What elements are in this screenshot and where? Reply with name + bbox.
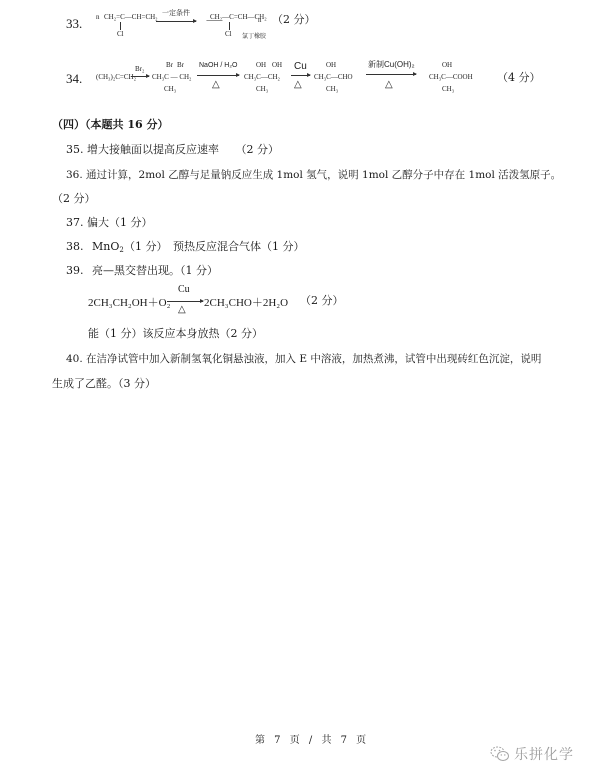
- q39-equation-score: （2 分）: [300, 294, 344, 308]
- q34-step1: (CH₃)₂C=CH₂: [96, 73, 136, 81]
- q34-step4-oh: OH: [326, 61, 336, 69]
- q34-number: 34.: [66, 71, 82, 87]
- q39-equation-catalyst: Cu: [178, 284, 190, 295]
- q33-product-n: n: [258, 16, 262, 24]
- q33-number: 33.: [66, 16, 82, 32]
- q33-product-name: 氯丁橡胶: [242, 31, 266, 40]
- q36-answer-line1: 36. 通过计算，2mol 乙醇与足量钠反应生成 1mol 氢气，说明 1mol…: [66, 168, 561, 182]
- q34-step5-oh: OH: [442, 61, 452, 69]
- q34-step2-br-left: Br: [166, 61, 173, 69]
- q33-product-bond: [229, 22, 230, 30]
- q34-step5: CH₃C—COOH: [429, 73, 473, 81]
- q34-step4-bottom: CH₃: [326, 85, 338, 93]
- q36-answer-line2: （2 分）: [52, 192, 96, 206]
- q39-answer-line3: 能（1 分）该反应本身放热（2 分）: [88, 327, 263, 341]
- q34-step2: CH₃C — CH₂: [152, 73, 192, 81]
- q34-arrow2: [197, 75, 239, 76]
- q34-catalyst3: Cu: [294, 61, 307, 72]
- wechat-icon: [490, 746, 510, 762]
- q38-number: 38.: [66, 240, 84, 254]
- q40-answer-line2: 生成了乙醛。（3 分）: [52, 377, 156, 391]
- q39-equation-arrow: [167, 301, 203, 302]
- q37-answer: 37. 偏大（1 分）: [66, 216, 153, 230]
- q34-arrow4: [366, 74, 416, 75]
- q33-reactant-prefix: n: [96, 13, 100, 21]
- q38-formula: MnO2: [92, 240, 124, 254]
- q33-score: （2 分）: [272, 13, 316, 27]
- q34-step3: CH₃C—CH₂: [244, 73, 280, 81]
- q34-step2-br-right: Br: [177, 61, 184, 69]
- q34-step2-bottom: CH₃: [164, 85, 176, 93]
- q34-arrow1: [131, 76, 149, 77]
- watermark: 乐拼化学: [490, 744, 574, 764]
- q34-heat2: △: [212, 79, 220, 90]
- section-4-heading: （四）（本题共 16 分）: [52, 118, 168, 132]
- q40-answer-line1: 40. 在洁净试管中加入新制氢氧化铜悬浊液，加入 E 中溶液，加热煮沸，试管中出…: [66, 352, 541, 366]
- q33-product-sub: Cl: [225, 30, 232, 38]
- q34-step3-oh-left: OH: [256, 61, 266, 69]
- page-footer: 第 7 页 / 共 7 页: [255, 731, 369, 746]
- q34-reagent1: Br₂: [135, 65, 144, 73]
- q34-step3-oh-right: OH: [272, 61, 282, 69]
- q34-heat3: △: [294, 79, 302, 90]
- watermark-text: 乐拼化学: [514, 744, 574, 764]
- q35-answer: 35. 增大接触面以提高反应速率 （2 分）: [66, 143, 279, 157]
- q33-reactant-sub: Cl: [117, 30, 124, 38]
- q38-formula-main: MnO: [92, 240, 119, 253]
- q34-score: （4 分）: [497, 71, 541, 85]
- q39-equation-right: 2CH₃CHO＋2H₂O: [204, 294, 288, 310]
- q34-step5-bottom: CH₃: [442, 85, 454, 93]
- q39-number: 39.: [66, 264, 84, 278]
- q39-equation-heat: △: [178, 304, 186, 315]
- q33-reaction-arrow: [156, 21, 196, 22]
- q34-heat4: △: [385, 79, 393, 90]
- q34-arrow3: [291, 75, 310, 76]
- q34-step3-bottom: CH₃: [256, 85, 268, 93]
- q34-step4: CH₃C—CHO: [314, 73, 353, 81]
- q34-reagent2: NaOH / H₂O: [199, 62, 238, 69]
- q38-answer: （1 分） 预热反应混合气体（1 分）: [124, 240, 305, 254]
- q34-reagent4: 新制Cu(OH)₂: [368, 59, 415, 70]
- q39-equation-left: 2CH₃CH₂OH＋O₂: [88, 294, 170, 310]
- q33-reactant-bond: [120, 22, 121, 30]
- q33-condition: 一定条件: [162, 8, 190, 18]
- q33-reactant: CH₂=C—CH=CH₂: [104, 13, 158, 21]
- q39-answer: 亮—黑交替出现。（1 分）: [92, 264, 218, 278]
